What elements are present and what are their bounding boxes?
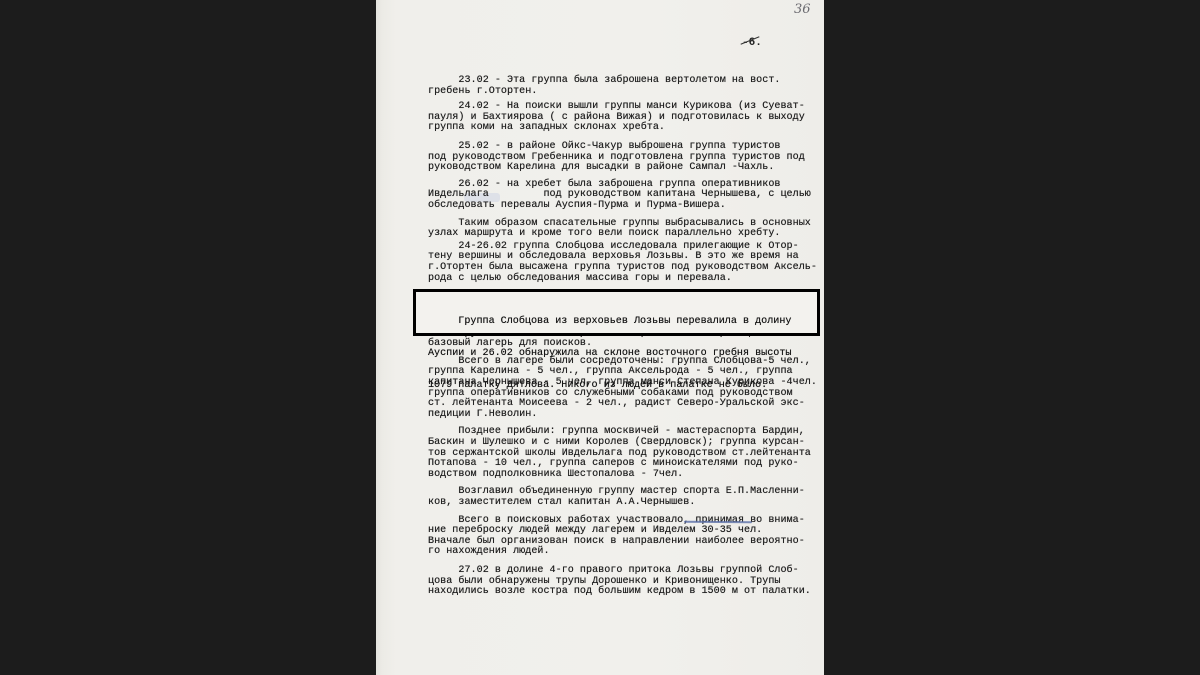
paragraph: Всего в поисковых работах участвовало, п… (428, 516, 824, 558)
text-line: г.Отортен была высажена группа туристов … (428, 263, 824, 274)
text-line: водством подполковника Шестопалова - 7че… (428, 470, 824, 481)
text-line: руководством Карелина для высадки в райо… (428, 163, 824, 174)
highlight-line: Ауспии и 26.02 обнаружила на склоне вост… (428, 349, 791, 360)
paragraph: 24.02 - На поиски вышли группы манси Кур… (428, 102, 824, 134)
typewritten-page: 36 -6. 23.02 - Эта группа была заброшена… (376, 0, 824, 675)
highlighted-paragraph-box: Группа Слобцова из верховьев Лозьвы пере… (413, 289, 820, 336)
paragraph: Позднее прибыли: группа москвичей - маст… (428, 427, 824, 480)
text-line: группа коми на западных склонах хребта. (428, 123, 824, 134)
page-number: -6. (742, 37, 762, 49)
highlight-line: Группа Слобцова из верховьев Лозьвы пере… (428, 317, 791, 328)
highlighted-paragraph: Группа Слобцова из верховьев Лозьвы пере… (428, 296, 791, 413)
paragraph: 25.02 - в районе Ойкс-Чакур выброшена гр… (428, 142, 824, 174)
paragraph: Таким образом спасательные группы выбрас… (428, 219, 824, 240)
paragraph: 27.02 в долине 4-го правого притока Лозь… (428, 566, 824, 598)
right-black-border (824, 0, 1200, 675)
text-line: узлах маршрута и кроме того вели поиск п… (428, 229, 824, 240)
text-line: обследовать перевалы Ауспия-Пурма и Пурм… (428, 201, 824, 212)
text-line: 25.02 - в районе Ойкс-Чакур выброшена гр… (428, 142, 824, 153)
text-line: го нахождения людей. (428, 547, 824, 558)
text-line: гребень г.Отортен. (428, 87, 824, 98)
text-line: ков, заместителем стал капитан А.А.Черны… (428, 498, 824, 509)
paragraph: 24-26.02 группа Слобцова исследовала при… (428, 242, 824, 284)
paragraph: 26.02 - на хребет была заброшена группа … (428, 180, 824, 212)
archive-page-number: 36 (794, 2, 811, 17)
text-line: 27.02 в долине 4-го правого притока Лозь… (428, 566, 824, 577)
paragraph: 23.02 - Эта группа была заброшена вертол… (428, 76, 824, 97)
highlight-line: 1079 палатку Дятлова. Никого из людей в … (428, 381, 791, 392)
paragraphs-before-highlight: 23.02 - Эта группа была заброшена вертол… (428, 76, 824, 284)
text-line: 23.02 - Эта группа была заброшена вертол… (428, 76, 824, 87)
left-black-border (0, 0, 376, 675)
text-line: находились возле костра под большим кедр… (428, 587, 824, 598)
paragraph: Возглавил объединенную группу мастер спо… (428, 487, 824, 508)
text-line: рода с целью обследования массива горы и… (428, 274, 824, 285)
